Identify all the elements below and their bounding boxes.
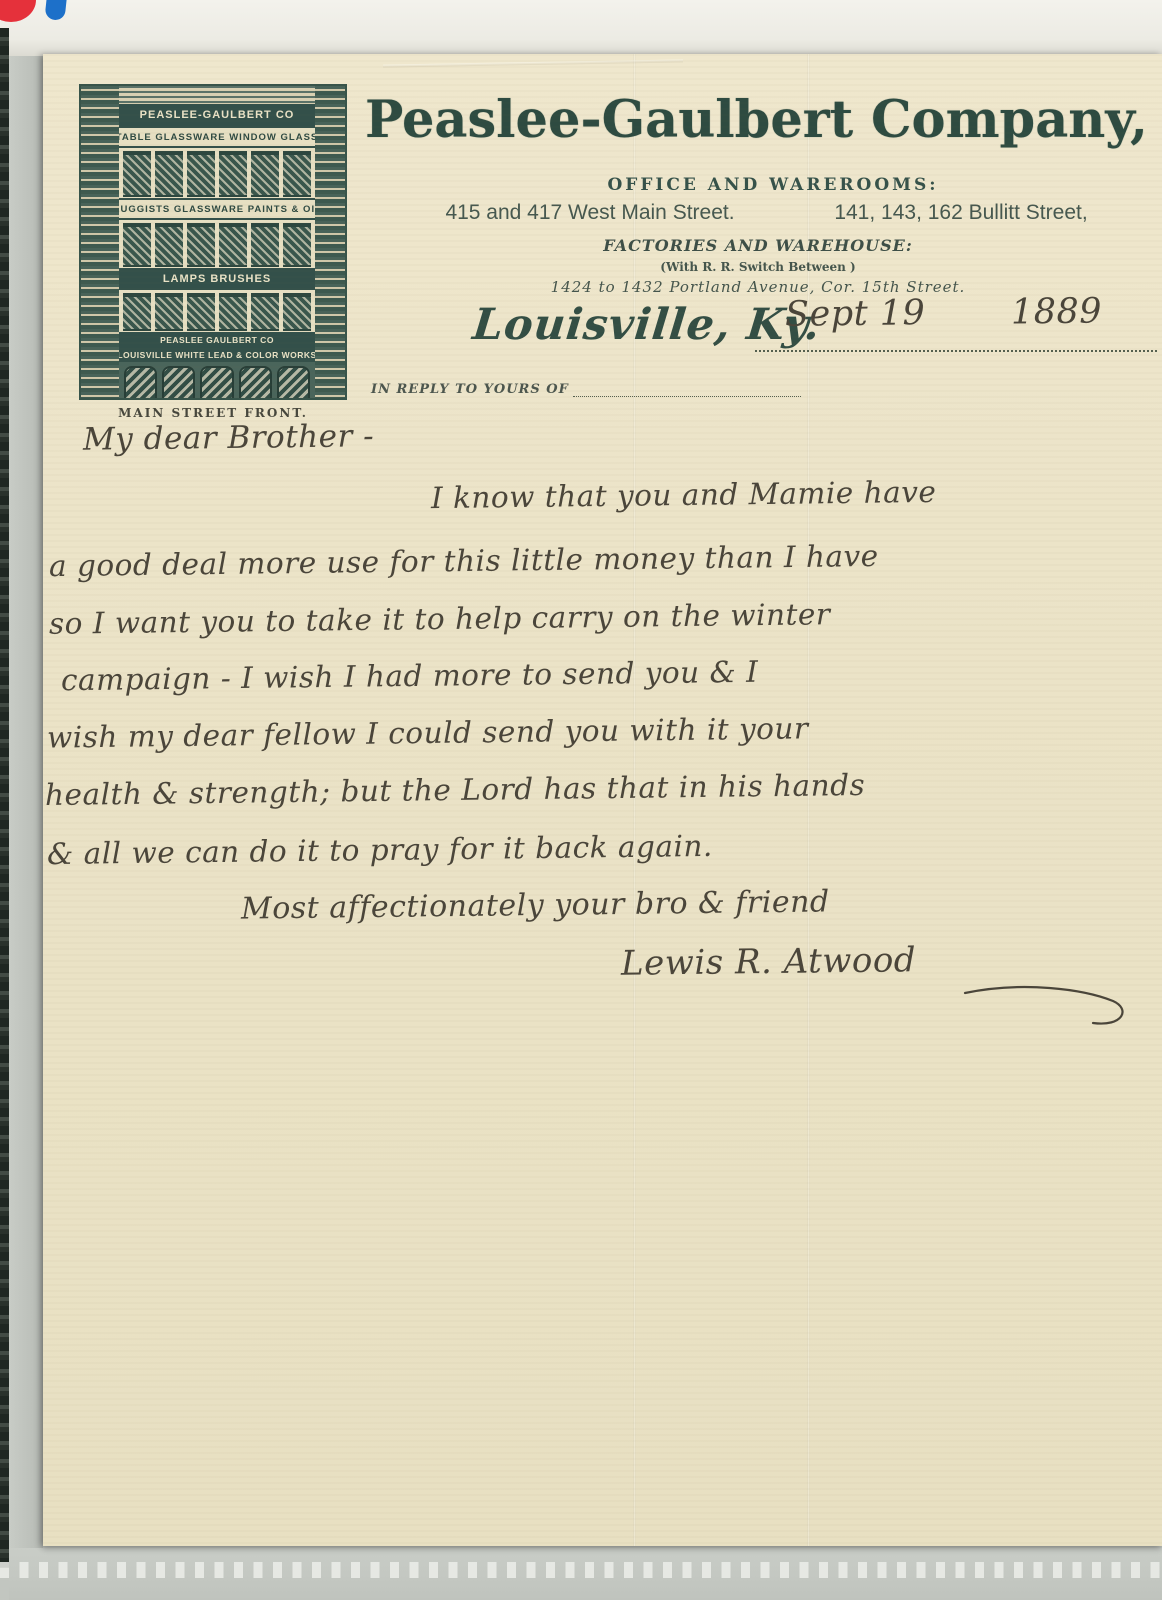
engraving-facade: PEASLEE-GAULBERT CO TABLE GLASSWARE WIND…	[119, 86, 315, 398]
letter-line: so I want you to take it to help carry o…	[49, 597, 831, 641]
engraving-window-row	[119, 290, 315, 332]
company-name: Peaslee-Gaulbert Company,	[365, 90, 1162, 150]
factories-warehouse-label: FACTORIES AND WAREHOUSE:	[393, 236, 1123, 255]
letter-paper: PEASLEE-GAULBERT CO TABLE GLASSWARE WIND…	[43, 54, 1162, 1546]
engraving-band: PEASLEE GAULBERT CO	[119, 332, 315, 347]
address-main-street: 415 and 417 West Main Street.	[425, 201, 755, 225]
letter-line: campaign - I wish I had more to send you…	[61, 655, 759, 698]
letter-line: wish my dear fellow I could send you wit…	[47, 711, 809, 754]
film-edge-strip	[0, 28, 9, 1568]
engraving-band: DRUGGISTS GLASSWARE PAINTS & OILS	[119, 198, 315, 220]
logo-fragment-blue-icon	[44, 0, 67, 21]
letter-line: I know that you and Mamie have	[431, 475, 937, 515]
engraving-window-row	[119, 148, 315, 198]
date-rule	[755, 350, 1157, 352]
letter-closing: Most affectionately your bro & friend	[241, 884, 830, 926]
engraving-band: PEASLEE-GAULBERT CO	[119, 104, 315, 126]
fold-crease-top	[383, 59, 683, 67]
letter-signature: Lewis R. Atwood	[621, 940, 917, 984]
office-warerooms-label: OFFICE AND WAREROOMS:	[393, 175, 1153, 195]
rr-switch-note: (With R. R. Switch Between )	[393, 260, 1123, 274]
engraving-caption: MAIN STREET FRONT.	[79, 406, 347, 420]
letter-greeting: My dear Brother -	[83, 418, 375, 458]
logo-fragment-red-icon	[0, 0, 36, 22]
engraving-window-row	[119, 220, 315, 268]
city-script: Louisville, Ky.	[470, 300, 823, 350]
engraving-storefront	[119, 362, 315, 400]
in-reply-label: IN REPLY TO YOURS OF	[371, 382, 801, 397]
handwritten-date: Sept 19	[785, 293, 926, 335]
sleeve-perforation-strip	[0, 1562, 1162, 1578]
address-bullitt-street: 141, 143, 162 Bullitt Street,	[791, 201, 1131, 225]
building-engraving: PEASLEE-GAULBERT CO TABLE GLASSWARE WIND…	[79, 84, 347, 400]
scan-top-strip	[0, 0, 1162, 56]
engraving-roofline	[119, 86, 315, 104]
engraving-band: LOUISVILLE WHITE LEAD & COLOR WORKS	[119, 347, 315, 362]
letter-line: & all we can do it to pray for it back a…	[47, 829, 713, 871]
handwritten-year: 1889	[1011, 291, 1103, 332]
letter-line: a good deal more use for this little mon…	[49, 539, 879, 583]
engraving-right-wing	[315, 86, 345, 398]
engraving-band: LAMPS BRUSHES	[119, 268, 315, 290]
signature-flourish	[963, 979, 1133, 1039]
engraving-left-wing	[81, 86, 119, 398]
scanned-letter-photo: PEASLEE-GAULBERT CO TABLE GLASSWARE WIND…	[0, 0, 1162, 1600]
backing-board-left	[9, 56, 43, 1600]
reply-rule	[573, 396, 801, 397]
letter-line: health & strength; but the Lord has that…	[45, 768, 865, 812]
engraving-band: TABLE GLASSWARE WINDOW GLASS	[119, 126, 315, 148]
in-reply-text: IN REPLY TO YOURS OF	[371, 382, 569, 397]
